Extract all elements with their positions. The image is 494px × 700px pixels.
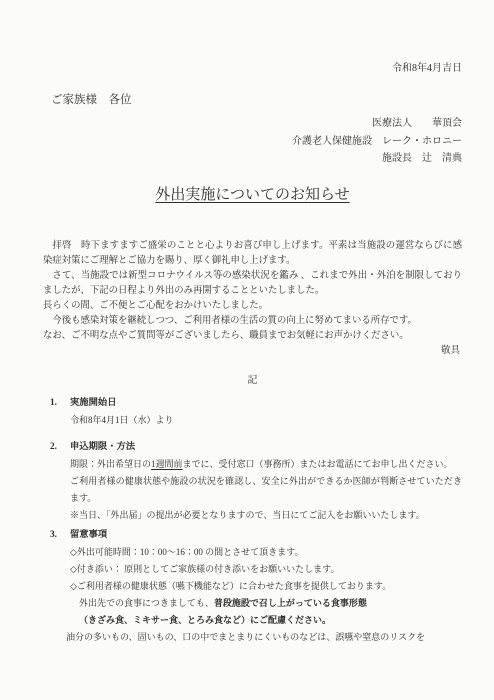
letter-date: 令和8年4月吉日 <box>43 62 462 76</box>
recipient-line: ご家族様 各位 <box>51 92 462 108</box>
text-segment: ※当日、「外出届」の提出が必要となりますので、当日にてご記入をお願いいたします。 <box>70 510 425 520</box>
sender-block: 医療法人 華頂会 介護老人保健施設 レーク・ホロニー 施設長 辻 清典 <box>43 115 462 168</box>
section-line: ※当日、「外出届」の提出が必要となりますので、当日にてご記入をお願いいたします。 <box>70 507 462 524</box>
text-segment: ご利用者様の健康状態や施設の状況を確認し、安全に外出ができるか医師が判断させてい… <box>70 476 462 503</box>
sender-facility: 介護老人保健施設 レーク・ホロニー <box>43 133 462 151</box>
section-number: 2. <box>50 439 70 456</box>
letter-content: 令和8年4月吉日 ご家族様 各位 医療法人 華頂会 介護老人保健施設 レーク・ホ… <box>43 0 462 656</box>
body-paragraph: 今後も感染対策を継続しつつ、ご利用者様の生活の質の向上に努めてまいる所存です。 <box>43 314 462 329</box>
section-title: 申込期限・方法 <box>70 439 135 456</box>
section-line: ご利用者様の健康状態や施設の状況を確認し、安全に外出ができるか医師が判断させてい… <box>70 473 462 507</box>
body-paragraph: 拝啓 時下ますますご盛栄のことと心よりお喜び申し上げます。平素は当施設の運営なら… <box>43 239 462 269</box>
section-heading: 3.留意事項 <box>43 527 462 544</box>
notice-sections: 1.実施開始日令和8年4月1日（水）より2.申込期限・方法期限：外出希望日の1週… <box>43 395 462 646</box>
section-title: 実施開始日 <box>70 395 117 412</box>
text-segment: 期限：外出希望日の <box>70 459 151 469</box>
body-paragraph: 長らくの間、ご不便とご心配をおかけいたしました。 <box>43 299 462 314</box>
section-body: ◇外出可能時間：10：00～16：00 の間とさせて頂きます。◇付き添い： 原則… <box>70 544 462 646</box>
section-line: ◇外出可能時間：10：00～16：00 の間とさせて頂きます。 <box>70 544 462 561</box>
section-number: 3. <box>50 527 70 544</box>
closing-word: 敬具 <box>43 344 462 359</box>
section-line: 令和8年4月1日（水）より <box>70 412 462 429</box>
body-paragraph: さて、当施設では新型コロナウイルス等の感染状況を鑑み 、これまで外出・外泊を制限… <box>43 269 462 299</box>
text-segment: 令和8年4月1日（水）より <box>70 415 174 425</box>
sender-director: 施設長 辻 清典 <box>43 150 462 168</box>
title-row: 外出実施についてのお知らせ <box>43 185 462 205</box>
notice-section: 1.実施開始日令和8年4月1日（水）より <box>43 395 462 429</box>
emphasized-text: 普段施設で召し上がっている食事形態 <box>214 598 367 608</box>
body-paragraph: なお、ご不明な点やご質問等がございましたら、職員までお気軽にお声かけください。 <box>43 329 462 344</box>
page-title: 外出実施についてのお知らせ <box>155 187 349 203</box>
text-segment: までに、受付窓口（事務所）またはお電話にてお申し出ください。 <box>183 459 453 469</box>
notice-section: 3.留意事項◇外出可能時間：10：00～16：00 の間とさせて頂きます。◇付き… <box>43 527 462 646</box>
text-segment: ◇付き添い： 原則としてご家族様の付き添いをお願いいたします。 <box>70 564 339 574</box>
section-heading: 1.実施開始日 <box>43 395 462 412</box>
record-marker: 記 <box>43 373 462 388</box>
text-segment: 外出先での食事につきましても、 <box>79 598 214 608</box>
underlined-text: 1週間前 <box>151 459 183 469</box>
section-heading: 2.申込期限・方法 <box>43 439 462 456</box>
letter-page: 令和8年4月吉日 ご家族様 各位 医療法人 華頂会 介護老人保健施設 レーク・ホ… <box>0 0 494 700</box>
section-line: 期限：外出希望日の1週間前までに、受付窓口（事務所）またはお電話にてお申し出くだ… <box>70 456 462 473</box>
section-number: 1. <box>50 395 70 412</box>
section-line: 外出先での食事につきましても、普段施設で召し上がっている食事形態 <box>79 595 462 612</box>
body-text: 拝啓 時下ますますご盛栄のことと心よりお喜び申し上げます。平素は当施設の運営なら… <box>43 239 462 344</box>
notice-section: 2.申込期限・方法期限：外出希望日の1週間前までに、受付窓口（事務所）またはお電… <box>43 439 462 524</box>
section-body: 期限：外出希望日の1週間前までに、受付窓口（事務所）またはお電話にてお申し出くだ… <box>70 456 462 524</box>
section-line: ◇ご利用者様の健康状態（嚥下機能など）に合わせた食事を提供しております。 <box>70 578 462 595</box>
section-body: 令和8年4月1日（水）より <box>70 412 462 429</box>
emphasized-text: （きざみ食、ミキサー食、とろみ食など）にご配慮ください。 <box>79 615 331 625</box>
section-title: 留意事項 <box>70 527 107 544</box>
section-line: （きざみ食、ミキサー食、とろみ食など）にご配慮ください。 <box>79 612 462 629</box>
section-line: ◇付き添い： 原則としてご家族様の付き添いをお願いいたします。 <box>70 561 462 578</box>
text-segment: ◇外出可能時間：10：00～16：00 の間とさせて頂きます。 <box>70 547 303 557</box>
text-segment: ◇ご利用者様の健康状態（嚥下機能など）に合わせた食事を提供しております。 <box>70 581 391 591</box>
sender-organization: 医療法人 華頂会 <box>43 115 462 133</box>
text-segment: 油分の多いもの、固いもの、口の中でまとまりにくいものなどは、誤嚥や窒息のリスクを <box>66 632 425 642</box>
section-line: 油分の多いもの、固いもの、口の中でまとまりにくいものなどは、誤嚥や窒息のリスクを <box>66 629 462 646</box>
